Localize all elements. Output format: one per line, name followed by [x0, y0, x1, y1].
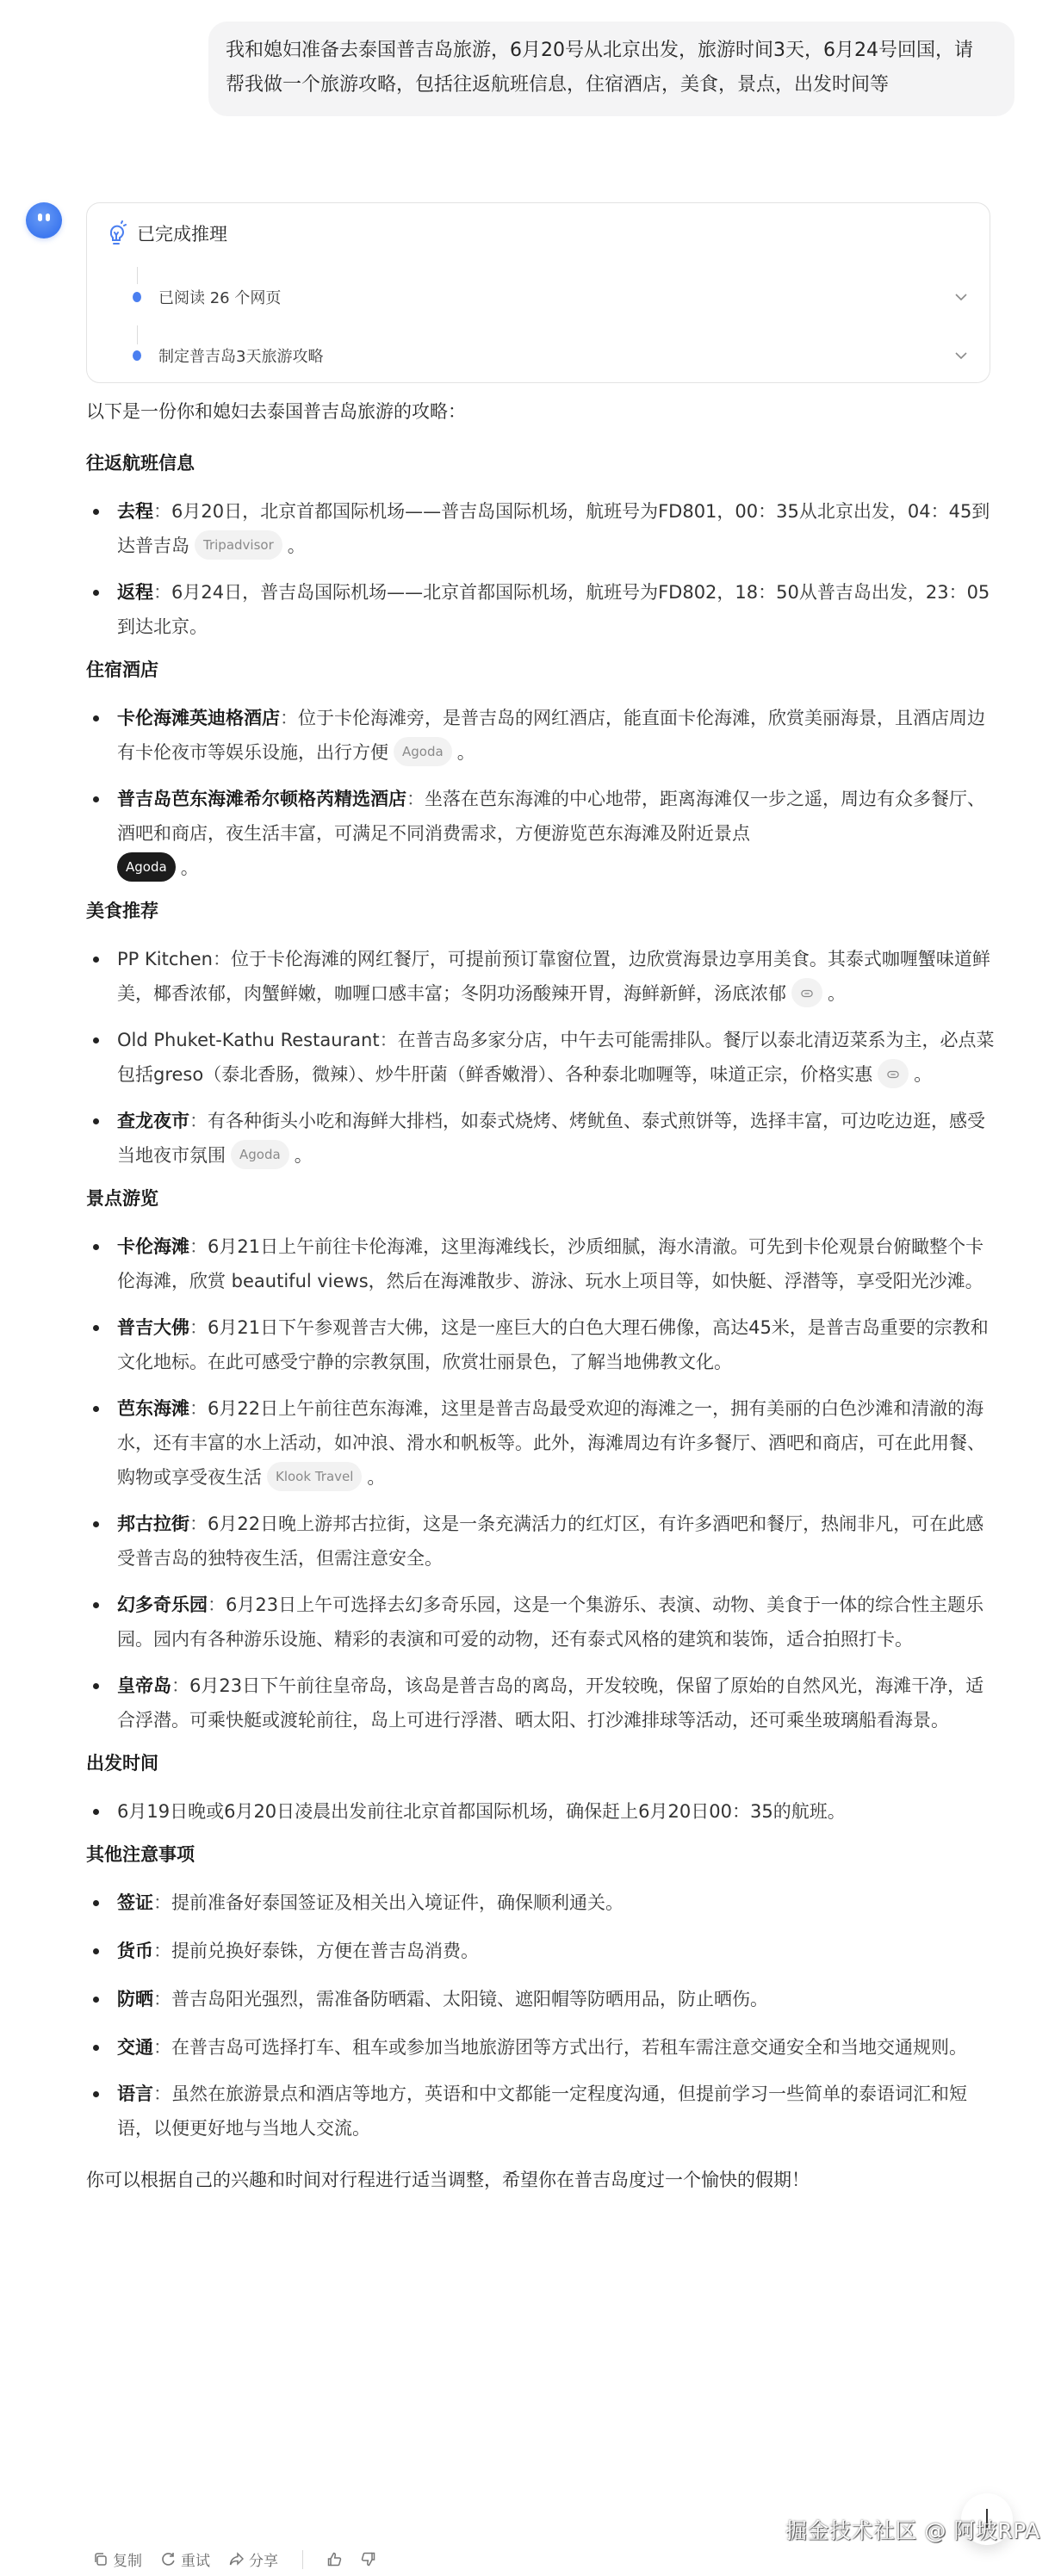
item-title: 交通 [117, 2037, 153, 2058]
copy-button[interactable]: 复制 [93, 2548, 142, 2570]
item-title: 邦古拉街 [117, 1514, 189, 1534]
action-divider [302, 2550, 303, 2569]
step-dot-icon [133, 350, 141, 361]
flights-list: 去程：6月20日，北京首都国际机场——普吉岛国际机场，航班号为FD801，00：… [86, 494, 999, 644]
thumbs-up-icon [327, 2552, 342, 2567]
notes-list: 签证：提前准备好泰国签证及相关出入境证件，确保顺利通关。 货币：提前兑换好泰铢，… [86, 1886, 999, 2146]
item-text: 6月19日晚或6月20日凌晨出发前往北京首都国际机场，确保赶上6月20日00：3… [117, 1801, 846, 1822]
step-dot-icon [133, 292, 141, 302]
thumbs-up-button[interactable] [327, 2552, 342, 2567]
source-badge-klook[interactable]: Klook Travel [267, 1462, 362, 1491]
link-icon[interactable] [791, 978, 822, 1007]
list-item: 卡伦海滩：6月21日上午前往卡伦海滩，这里海滩线长，沙质细腻，海水清澈。可先到卡… [86, 1229, 999, 1298]
departure-list: 6月19日晚或6月20日凌晨出发前往北京首都国际机场，确保赶上6月20日00：3… [86, 1794, 999, 1829]
item-title: 普吉大佛 [117, 1317, 189, 1338]
item-title: 皇帝岛 [117, 1675, 171, 1696]
item-title: 查龙夜市 [117, 1111, 189, 1131]
user-message-bubble: 我和媳妇准备去泰国普吉岛旅游，6月20号从北京出发，旅游时间3天，6月24号回国… [208, 22, 1014, 116]
list-item: 幻多奇乐园：6月23日上午可选择去幻多奇乐园，这是一个集游乐、表演、动物、美食于… [86, 1588, 999, 1656]
list-item: Old Phuket-Kathu Restaurant：在普吉岛多家分店，中午去… [86, 1023, 999, 1092]
copy-label: 复制 [113, 2548, 142, 2570]
item-title: 芭东海滩 [117, 1398, 189, 1419]
avatar-eye-icon [38, 214, 42, 221]
list-item: 去程：6月20日，北京首都国际机场——普吉岛国际机场，航班号为FD801，00：… [86, 494, 999, 563]
list-item: 查龙夜市：有各种街头小吃和海鲜大排档，如泰式烧烤、烤鱿鱼、泰式煎饼等，选择丰富，… [86, 1104, 999, 1173]
share-label: 分享 [249, 2548, 278, 2570]
item-text: 6月24日，普吉岛国际机场——北京首都国际机场，航班号为FD802，18：50从… [117, 582, 990, 637]
item-text: 在普吉岛可选择打车、租车或参加当地旅游团等方式出行，若租车需注意交通安全和当地交… [171, 2037, 967, 2058]
thumbs-down-button[interactable] [361, 2552, 375, 2567]
item-title: 防晒 [117, 1989, 153, 2009]
assistant-answer: 以下是一份你和媳妇去泰国普吉岛旅游的攻略： 往返航班信息 去程：6月20日，北京… [86, 394, 999, 2197]
item-title: Old Phuket-Kathu Restaurant [117, 1030, 380, 1050]
chevron-down-icon[interactable] [953, 350, 969, 361]
share-icon [229, 2552, 244, 2567]
reasoning-status-title: 已完成推理 [137, 220, 227, 246]
list-item: 6月19日晚或6月20日凌晨出发前往北京首都国际机场，确保赶上6月20日00：3… [86, 1794, 999, 1829]
item-text: 6月21日上午前往卡伦海滩，这里海滩线长，沙质细腻，海水清澈。可先到卡伦观景台俯… [117, 1236, 983, 1291]
list-item: 防晒：普吉岛阳光强烈，需准备防晒霜、太阳镜、遮阳帽等防晒用品，防止晒伤。 [86, 1982, 999, 2016]
answer-closing: 你可以根据自己的兴趣和时间对行程进行适当调整，希望你在普吉岛度过一个愉快的假期！ [86, 2163, 999, 2197]
item-title: 返程 [117, 582, 153, 603]
food-list: PP Kitchen：位于卡伦海滩的网红餐厅，可提前预订靠窗位置，边欣赏海景边享… [86, 942, 999, 1173]
list-item: 货币：提前兑换好泰铢，方便在普吉岛消费。 [86, 1934, 999, 1968]
hotels-list: 卡伦海滩英迪格酒店：位于卡伦海滩旁，是普吉岛的网红酒店，能直面卡伦海滩，欣赏美丽… [86, 701, 999, 885]
source-badge-tripadvisor[interactable]: Tripadvisor [195, 530, 282, 560]
section-heading-food: 美食推荐 [86, 894, 999, 928]
reasoning-step-read-pages[interactable]: 已阅读 26 个网页 [106, 282, 969, 312]
user-message-text: 我和媳妇准备去泰国普吉岛旅游，6月20号从北京出发，旅游时间3天，6月24号回国… [226, 40, 973, 96]
refresh-icon [161, 2552, 176, 2567]
list-item: 邦古拉街：6月22日晚上游邦古拉街，这是一条充满活力的红灯区，有许多酒吧和餐厅，… [86, 1507, 999, 1576]
timeline-connector [137, 267, 138, 284]
link-icon[interactable] [878, 1059, 909, 1088]
watermark: 掘金技术社区 @ 阿坡RPA [785, 2514, 1040, 2545]
list-item: 签证：提前准备好泰国签证及相关出入境证件，确保顺利通关。 [86, 1886, 999, 1920]
step-label: 已阅读 26 个网页 [158, 286, 953, 308]
item-text: 6月21日下午参观普吉大佛，这是一座巨大的白色大理石佛像，高达45米，是普吉岛重… [117, 1317, 989, 1372]
item-text: 虽然在旅游景点和酒店等地方，英语和中文都能一定程度沟通，但提前学习一些简单的泰语… [117, 2084, 967, 2139]
share-button[interactable]: 分享 [229, 2548, 278, 2570]
sights-list: 卡伦海滩：6月21日上午前往卡伦海滩，这里海滩线长，沙质细腻，海水清澈。可先到卡… [86, 1229, 999, 1737]
item-text: 提前准备好泰国签证及相关出入境证件，确保顺利通关。 [171, 1892, 624, 1913]
item-title: 货币 [117, 1941, 153, 1961]
retry-button[interactable]: 重试 [161, 2548, 210, 2570]
list-item: PP Kitchen：位于卡伦海滩的网红餐厅，可提前预订靠窗位置，边欣赏海景边享… [86, 942, 999, 1011]
item-text: 6月22日晚上游邦古拉街，这是一条充满活力的红灯区，有许多酒吧和餐厅，热闹非凡，… [117, 1514, 983, 1569]
copy-icon [93, 2552, 108, 2567]
source-badge-agoda[interactable]: Agoda [231, 1140, 289, 1169]
thumbs-down-icon [361, 2552, 375, 2567]
item-title: 去程 [117, 501, 153, 522]
item-text: 6月23日上午可选择去幻多奇乐园，这是一个集游乐、表演、动物、美食于一体的综合性… [117, 1595, 983, 1650]
item-title: PP Kitchen [117, 949, 213, 969]
avatar-eye-icon [46, 214, 50, 221]
item-title: 卡伦海滩英迪格酒店 [117, 708, 280, 728]
list-item: 交通：在普吉岛可选择打车、租车或参加当地旅游团等方式出行，若租车需注意交通安全和… [86, 2030, 999, 2065]
list-item: 普吉大佛：6月21日下午参观普吉大佛，这是一座巨大的白色大理石佛像，高达45米，… [86, 1310, 999, 1379]
list-item: 皇帝岛：6月23日下午前往皇帝岛，该岛是普吉岛的离岛，开发较晚，保留了原始的自然… [86, 1669, 999, 1737]
reasoning-step-plan[interactable]: 制定普吉岛3天旅游攻略 [106, 341, 969, 370]
item-title: 签证 [117, 1892, 153, 1913]
item-title: 卡伦海滩 [117, 1236, 189, 1257]
message-action-bar: 复制 重试 分享 [93, 2548, 375, 2570]
item-title: 幻多奇乐园 [117, 1595, 208, 1615]
item-text: 位于卡伦海滩的网红餐厅，可提前预订靠窗位置，边欣赏海景边享用美食。其泰式咖喱蟹味… [117, 949, 990, 1004]
answer-intro: 以下是一份你和媳妇去泰国普吉岛旅游的攻略： [86, 394, 999, 429]
item-text: 提前兑换好泰铢，方便在普吉岛消费。 [171, 1941, 479, 1961]
source-badge-agoda[interactable]: Agoda [394, 737, 452, 766]
list-item: 普吉岛芭东海滩希尔顿格芮精选酒店：坐落在芭东海滩的中心地带，距离海滩仅一步之遥，… [86, 782, 999, 885]
list-item: 芭东海滩：6月22日上午前往芭东海滩，这里是普吉岛最受欢迎的海滩之一，拥有美丽的… [86, 1391, 999, 1495]
list-item: 卡伦海滩英迪格酒店：位于卡伦海滩旁，是普吉岛的网红酒店，能直面卡伦海滩，欣赏美丽… [86, 701, 999, 770]
source-badge-agoda-active[interactable]: Agoda [117, 852, 176, 882]
reasoning-header[interactable]: 已完成推理 [106, 220, 227, 246]
section-heading-flights: 往返航班信息 [86, 446, 999, 480]
item-title: 普吉岛芭东海滩希尔顿格芮精选酒店 [117, 789, 406, 809]
item-text: 普吉岛阳光强烈，需准备防晒霜、太阳镜、遮阳帽等防晒用品，防止晒伤。 [171, 1989, 768, 2009]
reasoning-panel: 已完成推理 已阅读 26 个网页 制定普吉岛3天旅游攻略 [86, 202, 990, 383]
chevron-down-icon[interactable] [953, 292, 969, 302]
list-item: 语言：虽然在旅游景点和酒店等地方，英语和中文都能一定程度沟通，但提前学习一些简单… [86, 2077, 999, 2146]
lightbulb-icon [106, 220, 127, 246]
list-item: 返程：6月24日，普吉岛国际机场——北京首都国际机场，航班号为FD802，18：… [86, 575, 999, 644]
step-label: 制定普吉岛3天旅游攻略 [158, 344, 953, 367]
item-title: 语言 [117, 2084, 153, 2104]
item-text: 6月23日下午前往皇帝岛，该岛是普吉岛的离岛，开发较晚，保留了原始的自然风光，海… [117, 1675, 983, 1731]
section-heading-notes: 其他注意事项 [86, 1837, 999, 1872]
item-text: 6月22日上午前往芭东海滩，这里是普吉岛最受欢迎的海滩之一，拥有美丽的白色沙滩和… [117, 1398, 985, 1488]
section-heading-departure: 出发时间 [86, 1746, 999, 1780]
assistant-avatar [26, 202, 62, 238]
section-heading-hotels: 住宿酒店 [86, 653, 999, 687]
section-heading-sights: 景点游览 [86, 1181, 999, 1216]
retry-label: 重试 [181, 2548, 210, 2570]
